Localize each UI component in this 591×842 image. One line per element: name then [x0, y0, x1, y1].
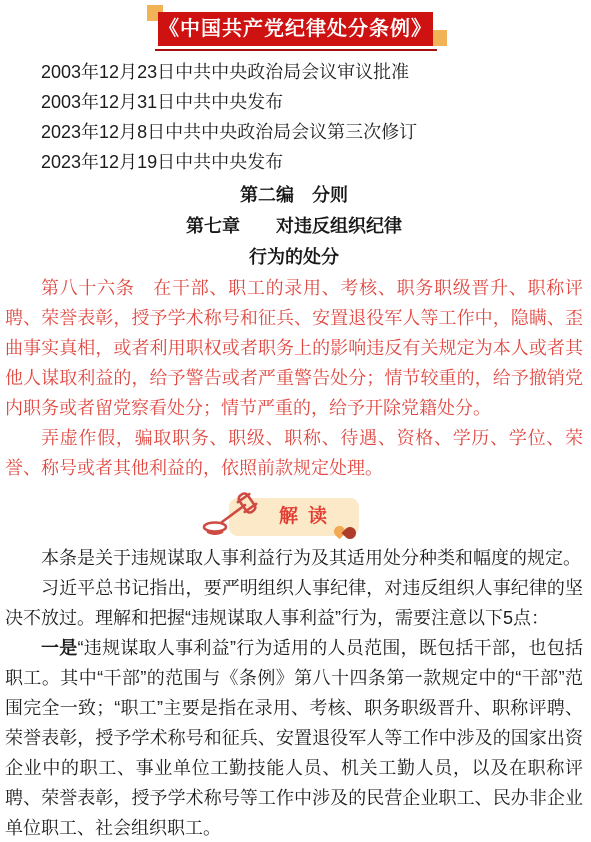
interpretation-badge: 解读 — [229, 498, 359, 536]
date-line: 2003年12月31日中共中央发布 — [5, 87, 583, 117]
part-heading: 第二编 分则 — [5, 180, 583, 211]
chapter-heading-line1: 第七章 对违反组织纪律 — [5, 211, 583, 242]
comma-ornament-icon — [342, 525, 359, 542]
chapter-heading-line2: 行为的处分 — [5, 242, 583, 273]
document-page: 《中国共产党纪律处分条例》 2003年12月23日中共中央政治局会议审议批准 2… — [0, 0, 591, 842]
paragraph-text: “违规谋取人事利益”行为适用的人员范围，既包括干部，也包括职工。其中“干部”的范… — [5, 638, 583, 838]
body-paragraph: 一是“违规谋取人事利益”行为适用的人员范围，既包括干部，也包括职工。其中“干部”… — [5, 633, 583, 842]
title-banner: 《中国共产党纪律处分条例》 — [158, 12, 433, 51]
revision-dates: 2003年12月23日中共中央政治局会议审议批准 2003年12月31日中共中央… — [5, 57, 583, 177]
body-paragraph: 习近平总书记指出，要严明组织人事纪律，对违反组织人事纪律的坚决不放过。理解和把握… — [5, 573, 583, 633]
regulation-paragraph: 弄虚作假，骗取职务、职级、职称、待遇、资格、学历、学位、荣誉、称号或者其他利益的… — [5, 423, 583, 483]
badge-label: 解读 — [279, 506, 337, 527]
document-content: 2003年12月23日中共中央政治局会议审议批准 2003年12月31日中共中央… — [0, 57, 591, 842]
date-line: 2003年12月23日中共中央政治局会议审议批准 — [5, 57, 583, 87]
regulation-quote: 第八十六条 在干部、职工的录用、考核、职务职级晋升、职称评聘、荣誉表彰，授予学术… — [5, 273, 583, 483]
date-line: 2023年12月19日中共中央发布 — [5, 147, 583, 177]
corner-accent-bottom-right — [431, 30, 447, 46]
paragraph-lead: 一是 — [41, 638, 78, 658]
paragraph-text: 本条是关于违规谋取人事利益行为及其适用处分种类和幅度的规定。 — [41, 548, 581, 568]
gavel-icon — [201, 491, 261, 539]
interpretation-body: 本条是关于违规谋取人事利益行为及其适用处分种类和幅度的规定。 习近平总书记指出，… — [5, 543, 583, 842]
section-headings: 第二编 分则 第七章 对违反组织纪律 行为的处分 — [5, 180, 583, 273]
paragraph-text: 习近平总书记指出，要严明组织人事纪律，对违反组织人事纪律的坚决不放过。理解和把握… — [5, 578, 583, 628]
regulation-paragraph: 第八十六条 在干部、职工的录用、考核、职务职级晋升、职称评聘、荣誉表彰，授予学术… — [5, 273, 583, 423]
date-line: 2023年12月8日中共中央政治局会议第三次修订 — [5, 117, 583, 147]
document-title: 《中国共产党纪律处分条例》 — [158, 12, 433, 46]
body-paragraph: 本条是关于违规谋取人事利益行为及其适用处分种类和幅度的规定。 — [5, 543, 583, 573]
banner-underline — [155, 49, 437, 51]
